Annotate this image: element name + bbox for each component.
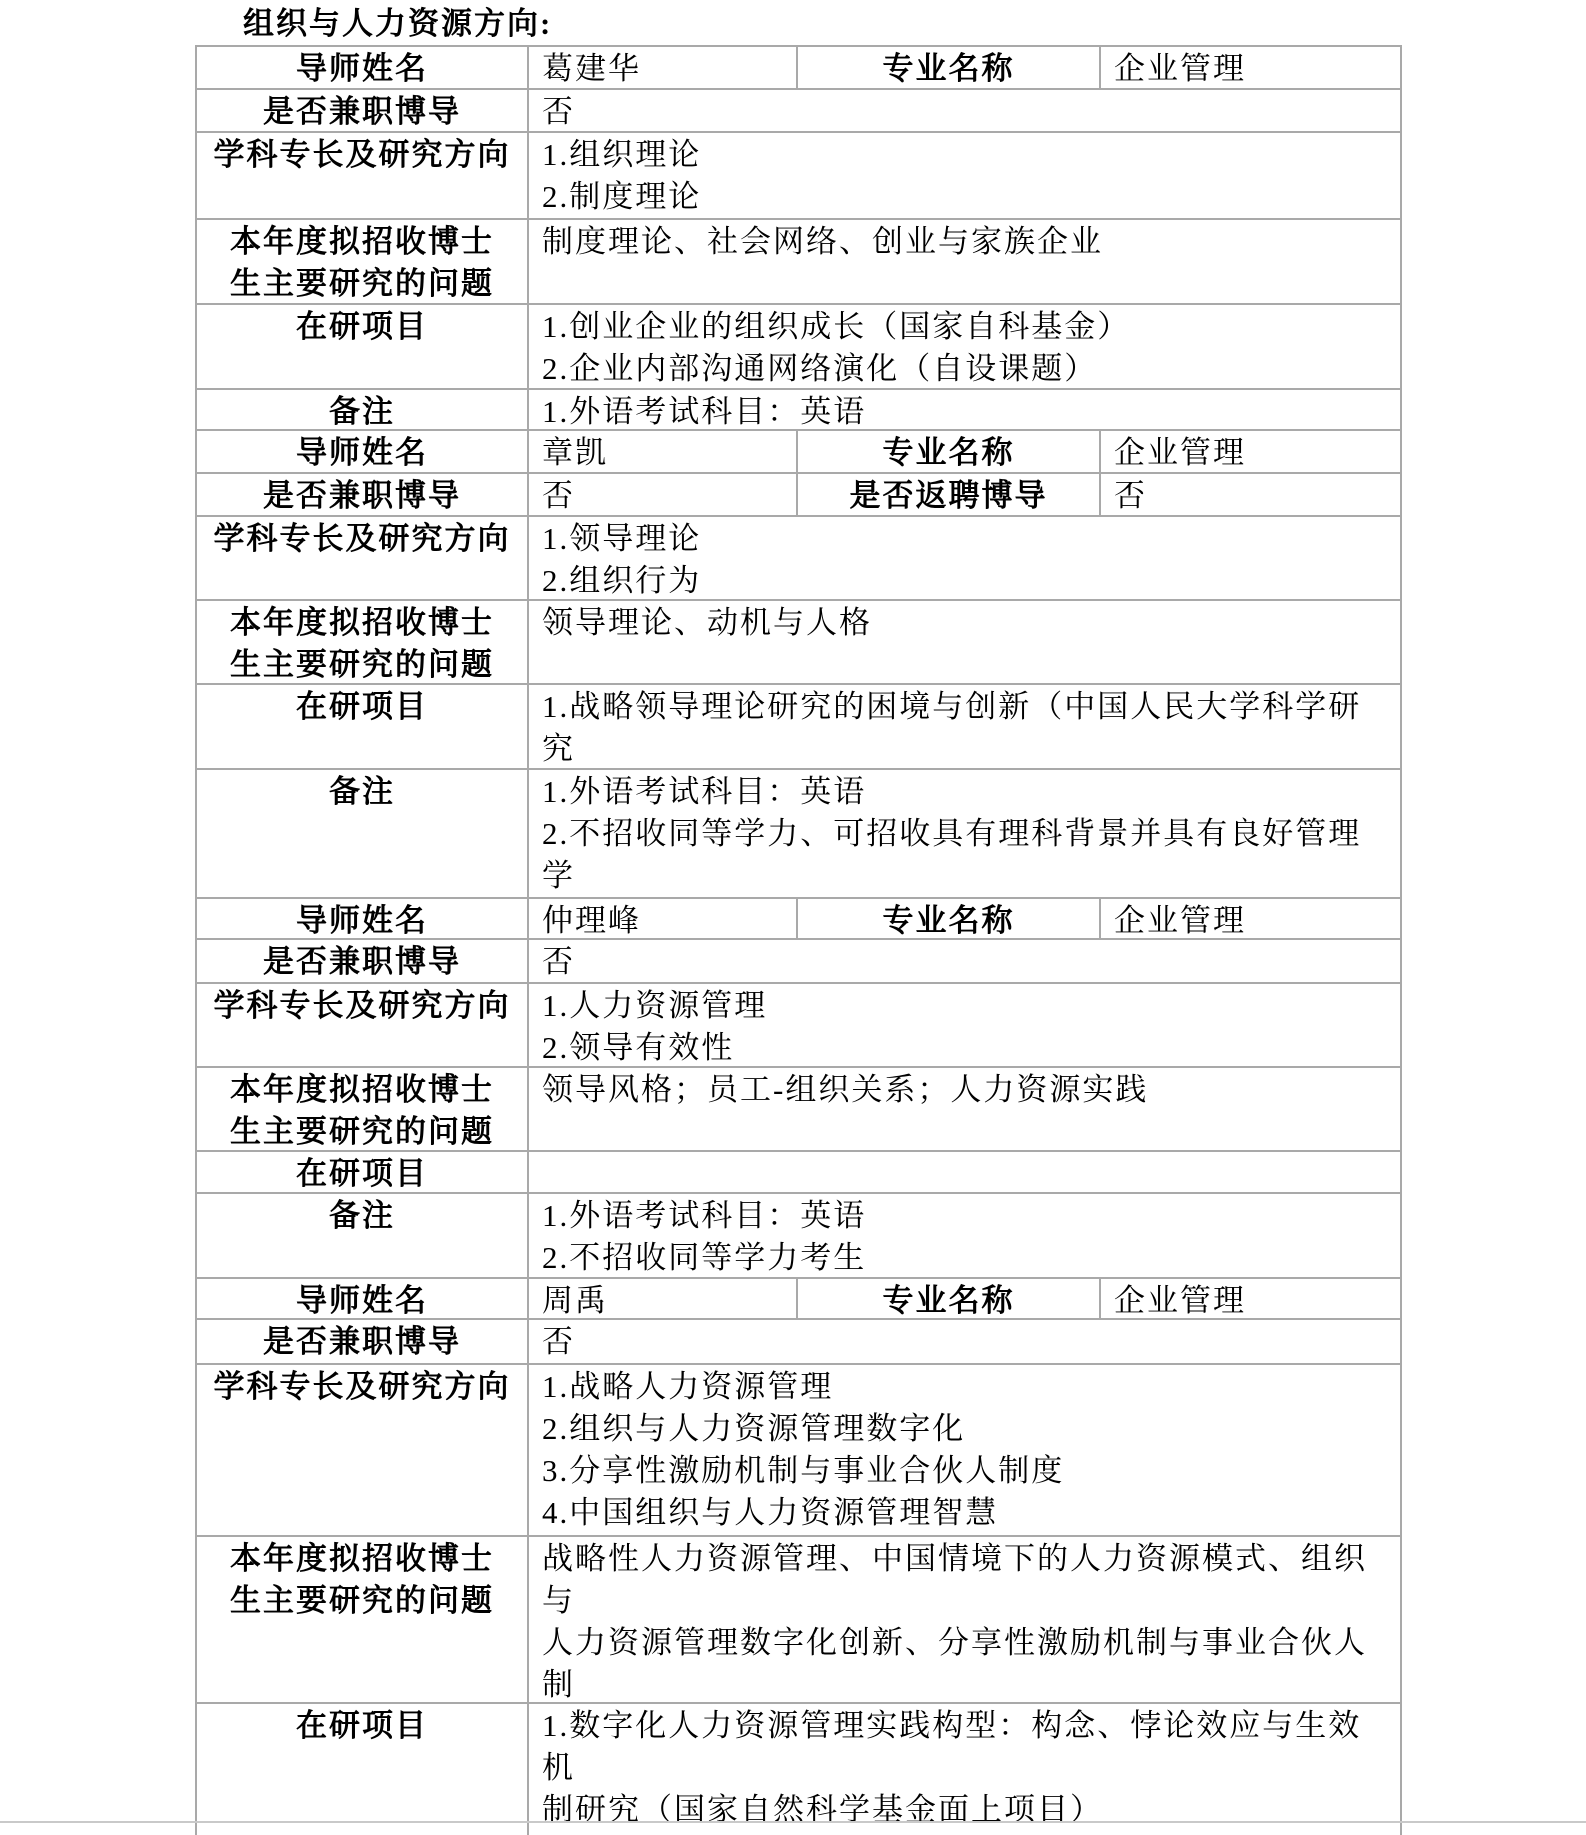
topics-label: 本年度拟招收博士 生主要研究的问题: [197, 1537, 529, 1702]
adjunct-label: 是否兼职博导: [197, 474, 529, 515]
supervisor-name-label: 导师姓名: [197, 47, 529, 88]
table-row: 在研项目 1.数字化人力资源管理实践构型：构念、悖论效应与生效机 制研究（国家自…: [197, 1704, 1402, 1835]
expertise-value: 1.领导理论 2.组织行为: [529, 517, 1402, 599]
remarks-label: 备注: [197, 770, 529, 897]
adjunct-label: 是否兼职博导: [197, 940, 529, 982]
adjunct-value: 否: [529, 940, 1402, 982]
expertise-value: 1.战略人力资源管理 2.组织与人力资源管理数字化 3.分享性激励机制与事业合伙…: [529, 1365, 1402, 1535]
page-break-line: [0, 1821, 1586, 1823]
expertise-label: 学科专长及研究方向: [197, 517, 529, 599]
topics-label: 本年度拟招收博士 生主要研究的问题: [197, 1068, 529, 1150]
major-value: 企业管理: [1101, 431, 1402, 472]
table-row: 本年度拟招收博士 生主要研究的问题 制度理论、社会网络、创业与家族企业: [197, 220, 1402, 305]
major-label: 专业名称: [798, 431, 1101, 472]
remarks-label: 备注: [197, 390, 529, 429]
table-row: 备注 1.外语考试科目：英语 2.不招收同等学力考生: [197, 1194, 1402, 1279]
expertise-value: 1.人力资源管理 2.领导有效性: [529, 984, 1402, 1066]
supervisor-name-value: 章凯: [529, 431, 798, 472]
major-label: 专业名称: [798, 899, 1101, 938]
remarks-value: 1.外语考试科目：英语 2.不招收同等学力、可招收具有理科背景并具有良好管理学 …: [529, 770, 1402, 897]
table-row: 备注 1.外语考试科目：英语 2.不招收同等学力、可招收具有理科背景并具有良好管…: [197, 770, 1402, 899]
section-title: 组织与人力资源方向:: [243, 4, 552, 44]
adjunct-value: 否: [529, 90, 1402, 131]
table-row: 是否兼职博导 否: [197, 1320, 1402, 1365]
supervisor-name-value: 葛建华: [529, 47, 798, 88]
major-value: 企业管理: [1101, 47, 1402, 88]
remarks-value: 1.外语考试科目：英语 2.不招收同等学力考生: [529, 1194, 1402, 1277]
table-row: 学科专长及研究方向 1.组织理论 2.制度理论: [197, 133, 1402, 220]
topics-value: 战略性人力资源管理、中国情境下的人力资源模式、组织与 人力资源管理数字化创新、分…: [529, 1537, 1402, 1702]
rehired-value: 否: [1101, 474, 1402, 515]
supervisor-table: 导师姓名 葛建华 专业名称 企业管理 是否兼职博导 否 学科专长及研究方向 1.…: [195, 45, 1402, 1835]
table-row: 备注 1.外语考试科目：英语: [197, 390, 1402, 431]
table-row: 学科专长及研究方向 1.人力资源管理 2.领导有效性: [197, 984, 1402, 1068]
rehired-label: 是否返聘博导: [798, 474, 1101, 515]
projects-label: 在研项目: [197, 685, 529, 768]
major-value: 企业管理: [1101, 899, 1402, 938]
projects-value: 1.战略领导理论研究的困境与创新（中国人民大学科学研究 基金重大项目）: [529, 685, 1402, 768]
topics-label: 本年度拟招收博士 生主要研究的问题: [197, 220, 529, 303]
table-row: 在研项目 1.战略领导理论研究的困境与创新（中国人民大学科学研究 基金重大项目）: [197, 685, 1402, 770]
remarks-value: 1.外语考试科目：英语: [529, 390, 1402, 429]
supervisor-name-label: 导师姓名: [197, 1279, 529, 1318]
table-row: 学科专长及研究方向 1.领导理论 2.组织行为: [197, 517, 1402, 601]
table-row: 是否兼职博导 否 是否返聘博导 否: [197, 474, 1402, 517]
expertise-value: 1.组织理论 2.制度理论: [529, 133, 1402, 218]
projects-value: 1.数字化人力资源管理实践构型：构念、悖论效应与生效机 制研究（国家自然科学基金…: [529, 1704, 1402, 1835]
major-label: 专业名称: [798, 1279, 1101, 1318]
projects-value: 1.创业企业的组织成长（国家自科基金） 2.企业内部沟通网络演化（自设课题）: [529, 305, 1402, 388]
document-page: { "page": { "title": "组织与人力资源方向:" }, "la…: [0, 0, 1586, 1835]
projects-label: 在研项目: [197, 1704, 529, 1835]
topics-value: 领导理论、动机与人格: [529, 601, 1402, 683]
adjunct-label: 是否兼职博导: [197, 90, 529, 131]
table-row: 本年度拟招收博士 生主要研究的问题 战略性人力资源管理、中国情境下的人力资源模式…: [197, 1537, 1402, 1704]
adjunct-value: 否: [529, 474, 798, 515]
adjunct-value: 否: [529, 1320, 1402, 1363]
table-row: 是否兼职博导 否: [197, 90, 1402, 133]
table-row: 学科专长及研究方向 1.战略人力资源管理 2.组织与人力资源管理数字化 3.分享…: [197, 1365, 1402, 1537]
table-row: 在研项目: [197, 1152, 1402, 1194]
projects-label: 在研项目: [197, 1152, 529, 1192]
projects-label: 在研项目: [197, 305, 529, 388]
remarks-label: 备注: [197, 1194, 529, 1277]
supervisor-name-label: 导师姓名: [197, 899, 529, 938]
projects-value: [529, 1152, 1402, 1192]
expertise-label: 学科专长及研究方向: [197, 1365, 529, 1535]
table-row: 是否兼职博导 否: [197, 940, 1402, 984]
supervisor-name-value: 周禹: [529, 1279, 798, 1318]
adjunct-label: 是否兼职博导: [197, 1320, 529, 1363]
topics-value: 制度理论、社会网络、创业与家族企业: [529, 220, 1402, 303]
table-row: 在研项目 1.创业企业的组织成长（国家自科基金） 2.企业内部沟通网络演化（自设…: [197, 305, 1402, 390]
supervisor-name-value: 仲理峰: [529, 899, 798, 938]
expertise-label: 学科专长及研究方向: [197, 984, 529, 1066]
table-row: 本年度拟招收博士 生主要研究的问题 领导理论、动机与人格: [197, 601, 1402, 685]
table-row: 导师姓名 周禹 专业名称 企业管理: [197, 1279, 1402, 1320]
table-row: 导师姓名 葛建华 专业名称 企业管理: [197, 47, 1402, 90]
expertise-label: 学科专长及研究方向: [197, 133, 529, 218]
table-row: 导师姓名 仲理峰 专业名称 企业管理: [197, 899, 1402, 940]
topics-label: 本年度拟招收博士 生主要研究的问题: [197, 601, 529, 683]
topics-value: 领导风格；员工-组织关系；人力资源实践: [529, 1068, 1402, 1150]
table-row: 导师姓名 章凯 专业名称 企业管理: [197, 431, 1402, 474]
major-value: 企业管理: [1101, 1279, 1402, 1318]
table-row: 本年度拟招收博士 生主要研究的问题 领导风格；员工-组织关系；人力资源实践: [197, 1068, 1402, 1152]
major-label: 专业名称: [798, 47, 1101, 88]
supervisor-name-label: 导师姓名: [197, 431, 529, 472]
